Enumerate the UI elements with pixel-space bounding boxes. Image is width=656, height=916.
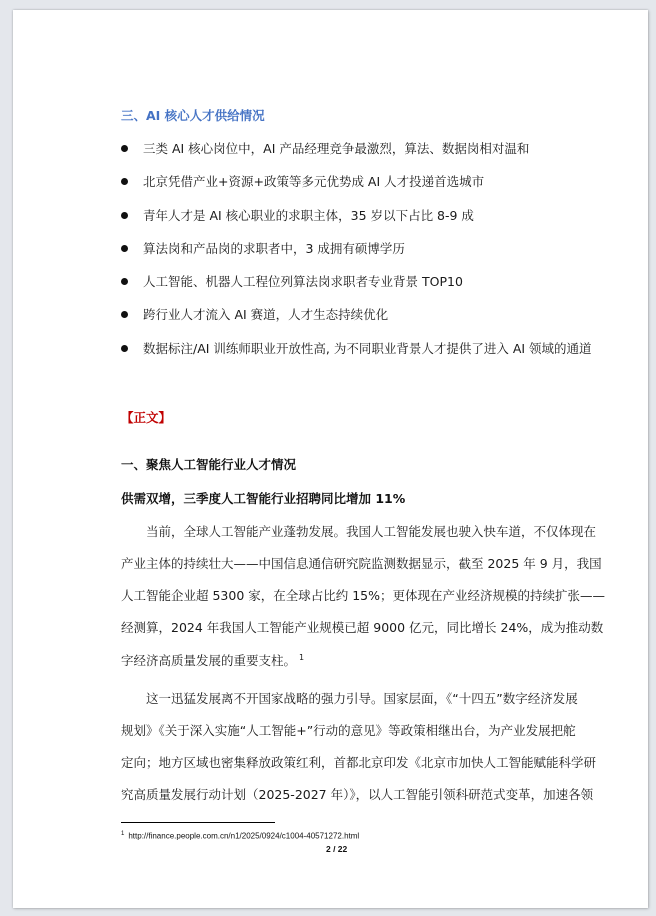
bullet-icon [121,145,128,152]
bullet-item: 数据标注/AI 训练师职业开放性高, 为不同职业背景人才提供了进入 AI 领域的… [121,339,592,357]
bullet-item: 人工智能、机器人工程位列算法岗求职者专业背景 TOP10 [121,272,463,290]
footnote-separator [121,822,275,823]
page-indicator: 2 / 22 [326,844,347,854]
subheading: 供需双增，三季度人工智能行业招聘同比增加 11% [121,489,405,507]
bullet-icon [121,311,128,318]
bullet-item: 青年人才是 AI 核心职业的求职主体，35 岁以下占比 8-9 成 [121,206,474,224]
bullet-item: 北京凭借产业+资源+政策等多元优势成 AI 人才投递首选城市 [121,172,484,190]
footnote-number: 1 [121,831,124,837]
paragraph-line: 经测算，2024 年我国人工智能产业规模已超 9000 亿元，同比增长 24%，… [121,618,603,636]
bullet-icon [121,278,128,285]
paragraph-line: 这一迅猛发展离不开国家战略的强力引导。国家层面，《“十四五”数字经济发展 [146,689,578,707]
paragraph-line: 人工智能企业超 5300 家，在全球占比约 15%；更体现在产业经济规模的持续扩… [121,586,605,604]
paragraph-line: 字经济高质量发展的重要支柱。1 [121,651,304,669]
paragraph-line: 定向；地方区域也密集释放政策红利，首都北京印发《北京市加快人工智能赋能科学研 [121,753,596,771]
bullet-icon [121,245,128,252]
paragraph-line: 究高质量发展行动计划（2025-2027 年）》，以人工智能引领科研范式变革，加… [121,785,593,803]
document-page: 三、AI 核心人才供给情况 三类 AI 核心岗位中，AI 产品经理竞争最激烈，算… [13,10,648,908]
body-label: 【正文】 [121,408,171,426]
paragraph-line: 产业主体的持续壮大——中国信息通信研究院监测数据显示，截至 2025 年 9 月… [121,554,602,572]
bullet-item: 算法岗和产品岗的求职者中，3 成拥有硕博学历 [121,239,405,257]
section-heading-1: 一、聚焦人工智能行业人才情况 [121,455,296,473]
section-heading-supply: 三、AI 核心人才供给情况 [121,106,265,124]
bullet-icon [121,345,128,352]
bullet-item: 三类 AI 核心岗位中，AI 产品经理竞争最激烈，算法、数据岗相对温和 [121,139,529,157]
bullet-icon [121,178,128,185]
bullet-icon [121,212,128,219]
footnote-reference[interactable]: 1 [299,653,304,662]
footnote: 1http://finance.people.com.cn/n1/2025/09… [121,831,359,841]
paragraph-line: 规划》《关于深入实施“人工智能+”行动的意见》等政策相继出台，为产业发展把舵 [121,721,576,739]
footnote-link[interactable]: http://finance.people.com.cn/n1/2025/092… [128,832,359,841]
bullet-item: 跨行业人才流入 AI 赛道，人才生态持续优化 [121,305,388,323]
paragraph-line: 当前，全球人工智能产业蓬勃发展。我国人工智能发展也驶入快车道，不仅体现在 [146,522,596,540]
